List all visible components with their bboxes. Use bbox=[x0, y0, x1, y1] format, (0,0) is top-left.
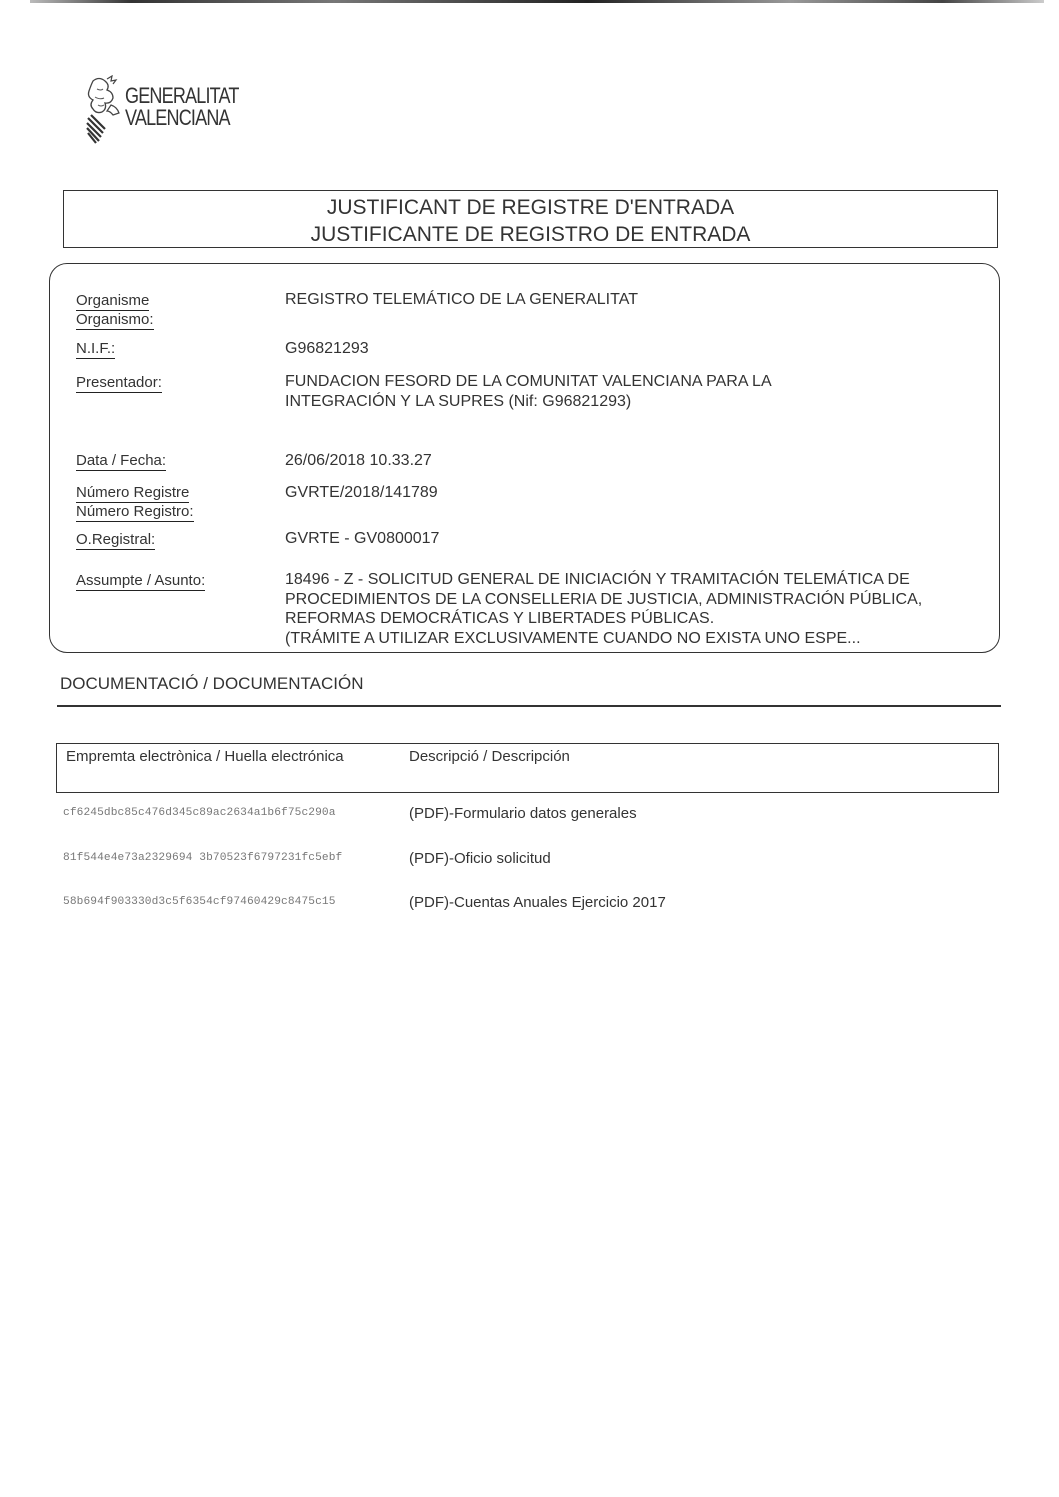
asunto-label-text: Assumpte / Asunto: bbox=[76, 572, 205, 591]
asunto-line-4: (TRÁMITE A UTILIZAR EXCLUSIVAMENTE CUAND… bbox=[285, 629, 985, 649]
document-description: (PDF)-Oficio solicitud bbox=[409, 850, 551, 867]
documents-table-header: Empremta electrònica / Huella electrónic… bbox=[56, 743, 999, 793]
document-hash: cf6245dbc85c476d345c89ac2634a1b6f75c290a bbox=[63, 807, 336, 819]
numero-label-valencian: Número Registre bbox=[76, 484, 189, 503]
nif-value: G96821293 bbox=[285, 339, 985, 359]
presentador-label-text: Presentador: bbox=[76, 374, 162, 393]
column-header-hash: Empremta electrònica / Huella electrónic… bbox=[66, 748, 344, 765]
organismo-label: Organisme Organismo: bbox=[76, 292, 154, 330]
asunto-line-1: 18496 - Z - SOLICITUD GENERAL DE INICIAC… bbox=[285, 570, 985, 590]
column-header-description: Descripció / Descripción bbox=[409, 748, 570, 765]
presentador-line-1: FUNDACION FESORD DE LA COMUNITAT VALENCI… bbox=[285, 372, 985, 392]
asunto-line-3: REFORMAS DEMOCRÁTICAS Y LIBERTADES PÚBLI… bbox=[285, 609, 985, 629]
document-description: (PDF)-Cuentas Anuales Ejercicio 2017 bbox=[409, 894, 666, 911]
document-hash: 81f544e4e73a2329694 3b70523f6797231fc5eb… bbox=[63, 852, 342, 864]
document-title-box: JUSTIFICANT DE REGISTRE D'ENTRADA JUSTIF… bbox=[63, 190, 998, 248]
numero-registro-label: Número Registre Número Registro: bbox=[76, 484, 194, 522]
asunto-label: Assumpte / Asunto: bbox=[76, 572, 205, 591]
numero-label-spanish: Número Registro: bbox=[76, 503, 194, 522]
oregistral-label-text: O.Registral: bbox=[76, 531, 155, 550]
nif-label-text: N.I.F.: bbox=[76, 340, 115, 359]
scan-edge bbox=[30, 0, 1044, 3]
numero-registro-value: GVRTE/2018/141789 bbox=[285, 483, 985, 503]
oregistral-value: GVRTE - GV0800017 bbox=[285, 529, 985, 549]
presentador-value: FUNDACION FESORD DE LA COMUNITAT VALENCI… bbox=[285, 372, 985, 412]
organismo-label-spanish: Organismo: bbox=[76, 311, 154, 330]
documentation-divider bbox=[57, 705, 1001, 707]
title-valencian: JUSTIFICANT DE REGISTRE D'ENTRADA bbox=[64, 194, 997, 221]
fecha-value: 26/06/2018 10.33.27 bbox=[285, 451, 985, 471]
nif-label: N.I.F.: bbox=[76, 340, 115, 359]
organismo-value: REGISTRO TELEMÁTICO DE LA GENERALITAT bbox=[285, 290, 985, 310]
document-hash: 58b694f903330d3c5f6354cf97460429c8475c15 bbox=[63, 896, 336, 908]
generalitat-logo: GENERALITAT VALENCIANA bbox=[85, 75, 245, 145]
title-spanish: JUSTIFICANTE DE REGISTRO DE ENTRADA bbox=[64, 221, 997, 248]
logo-wordmark: GENERALITAT VALENCIANA bbox=[125, 85, 239, 129]
logo-line-2: VALENCIANA bbox=[125, 107, 239, 129]
logo-line-1: GENERALITAT bbox=[125, 85, 239, 107]
fecha-label: Data / Fecha: bbox=[76, 452, 166, 471]
document-description: (PDF)-Formulario datos generales bbox=[409, 805, 637, 822]
presentador-line-2: INTEGRACIÓN Y LA SUPRES (Nif: G96821293) bbox=[285, 392, 985, 412]
coat-of-arms-icon bbox=[85, 75, 123, 145]
oregistral-label: O.Registral: bbox=[76, 531, 155, 550]
documentation-heading: DOCUMENTACIÓ / DOCUMENTACIÓN bbox=[60, 674, 363, 694]
asunto-line-2: PROCEDIMIENTOS DE LA CONSELLERIA DE JUST… bbox=[285, 590, 985, 610]
organismo-label-valencian: Organisme bbox=[76, 292, 149, 311]
fecha-label-text: Data / Fecha: bbox=[76, 452, 166, 471]
asunto-value: 18496 - Z - SOLICITUD GENERAL DE INICIAC… bbox=[285, 570, 985, 648]
presentador-label: Presentador: bbox=[76, 374, 162, 393]
